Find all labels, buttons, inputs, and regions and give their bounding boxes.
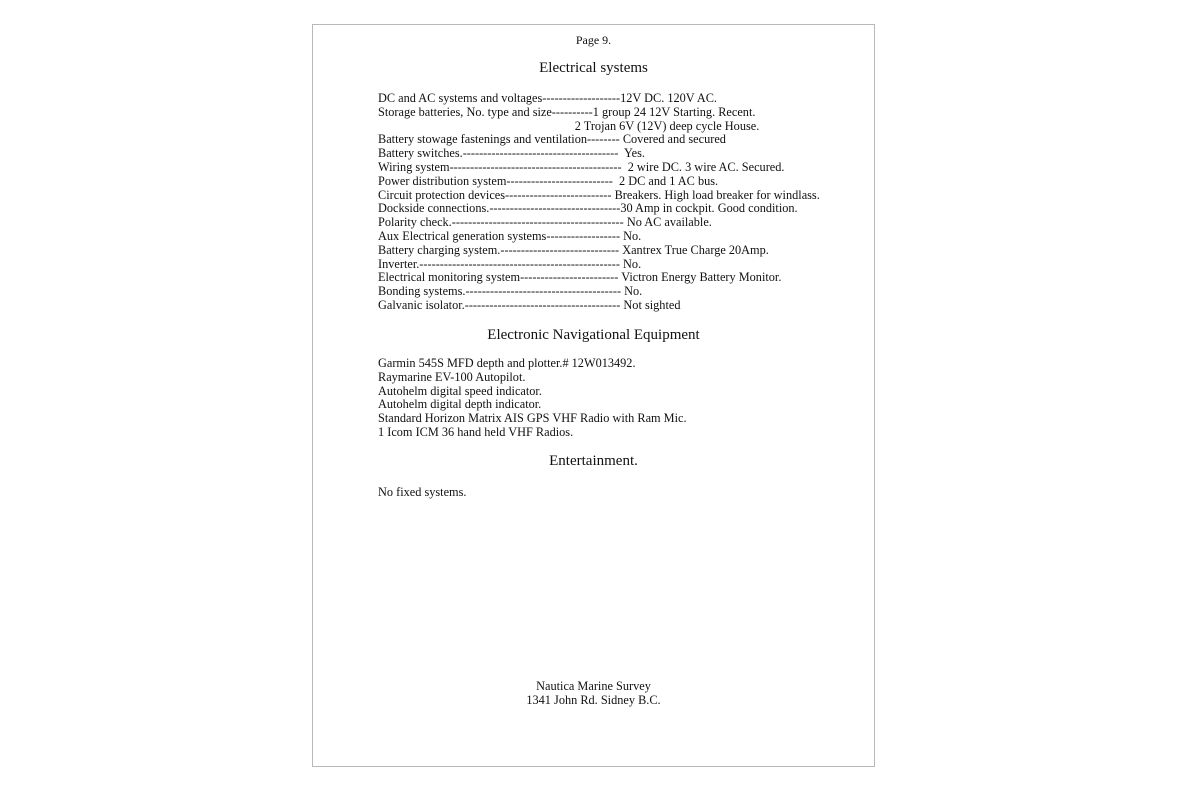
page-footer: Nautica Marine Survey 1341 John Rd. Sidn…	[313, 679, 874, 707]
electrical-item: Electrical monitoring system------------…	[378, 271, 864, 285]
electrical-items: DC and AC systems and voltages----------…	[378, 92, 864, 313]
navigation-item: Standard Horizon Matrix AIS GPS VHF Radi…	[378, 412, 864, 426]
electrical-item: Wiring system---------------------------…	[378, 161, 864, 175]
section-heading-electrical: Electrical systems	[313, 60, 874, 77]
electrical-item: 2 Trojan 6V (12V) deep cycle House.	[378, 120, 864, 134]
section-heading-entertainment: Entertainment.	[313, 453, 874, 470]
electrical-item: DC and AC systems and voltages----------…	[378, 92, 864, 106]
page-number: Page 9.	[313, 33, 874, 48]
navigation-items: Garmin 545S MFD depth and plotter.# 12W0…	[378, 357, 864, 440]
entertainment-item: No fixed systems.	[378, 486, 864, 500]
section-heading-navigation: Electronic Navigational Equipment	[313, 327, 874, 344]
navigation-item: Autohelm digital depth indicator.	[378, 398, 864, 412]
electrical-item: Aux Electrical generation systems-------…	[378, 230, 864, 244]
electrical-item: Dockside connections.-------------------…	[378, 202, 864, 216]
navigation-item: Raymarine EV-100 Autopilot.	[378, 371, 864, 385]
navigation-item: Garmin 545S MFD depth and plotter.# 12W0…	[378, 357, 864, 371]
electrical-item: Polarity check.-------------------------…	[378, 216, 864, 230]
electrical-item: Storage batteries, No. type and size----…	[378, 106, 864, 120]
footer-company: Nautica Marine Survey	[313, 679, 874, 693]
electrical-item: Power distribution system---------------…	[378, 175, 864, 189]
document-page: Page 9. Electrical systems DC and AC sys…	[312, 24, 875, 767]
electrical-item: Circuit protection devices--------------…	[378, 189, 864, 203]
navigation-item: 1 Icom ICM 36 hand held VHF Radios.	[378, 426, 864, 440]
electrical-item: Battery stowage fastenings and ventilati…	[378, 133, 864, 147]
electrical-item: Battery charging system.----------------…	[378, 244, 864, 258]
footer-address: 1341 John Rd. Sidney B.C.	[313, 693, 874, 707]
electrical-item: Battery switches.-----------------------…	[378, 147, 864, 161]
electrical-item: Bonding systems.------------------------…	[378, 285, 864, 299]
electrical-item: Inverter.-------------------------------…	[378, 258, 864, 272]
navigation-item: Autohelm digital speed indicator.	[378, 385, 864, 399]
electrical-item: Galvanic isolator.----------------------…	[378, 299, 864, 313]
entertainment-items: No fixed systems.	[378, 486, 864, 500]
